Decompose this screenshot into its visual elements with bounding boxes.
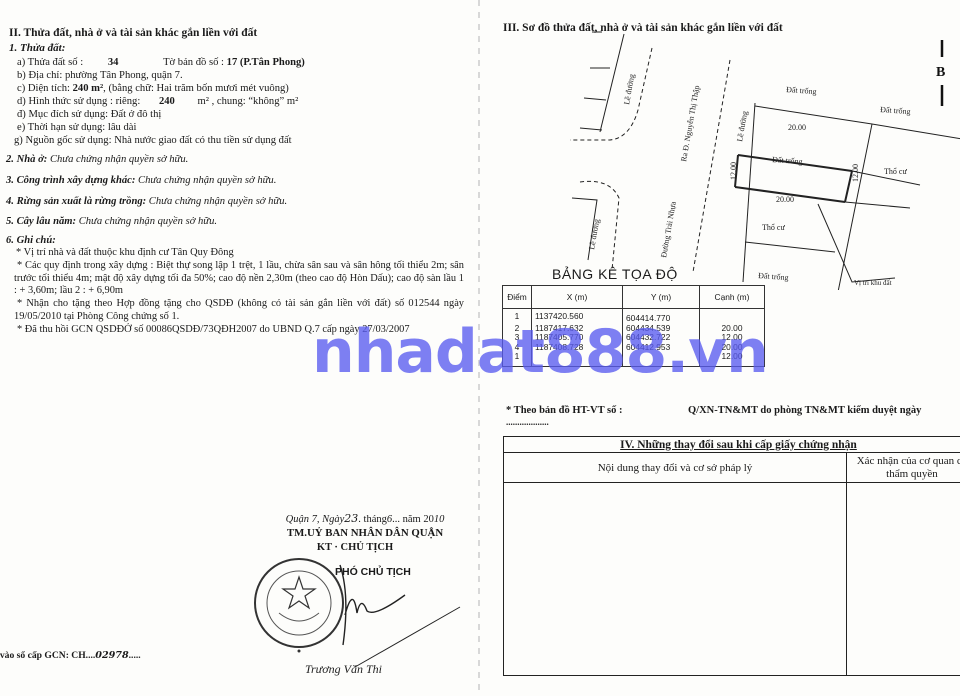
label-residential: Thổ cư	[762, 223, 785, 232]
date-year: 10	[434, 514, 445, 525]
changes-title: IV. Những thay đổi sau khi cấp giấy chứn…	[504, 437, 960, 453]
year-label: ... năm 20	[392, 514, 434, 525]
note-building-rules: * Các quy định trong xây dựng : Biệt thự…	[14, 260, 464, 298]
label-location: Vị trí khu đất	[854, 279, 892, 287]
item-text: Chưa chứng nhận quyền sở hữu.	[76, 216, 217, 227]
map-ref-text: Q/XN-TN&MT do phòng TN&MT kiểm duyệt ngà…	[688, 404, 921, 417]
item-text: Chưa chứng nhận quyền sở hữu.	[135, 175, 276, 186]
item-label: 2. Nhà ở:	[6, 154, 47, 165]
item-perennial: 5. Cây lâu năm: Chưa chứng nhận quyền sở…	[6, 215, 217, 228]
map-ref-dots: ...................	[506, 416, 549, 429]
notes-heading: 6. Ghi chú:	[6, 234, 56, 247]
label-empty-land: Đất trống	[758, 271, 789, 282]
header-x: X (m)	[532, 286, 623, 309]
area-value: 240 m²	[73, 83, 104, 94]
registry-label: Ghi vào sổ cấp GCN: CH....	[0, 650, 95, 661]
label-sidewalk: Lề đường	[587, 218, 601, 250]
changes-content-cell	[504, 483, 847, 676]
item-label: 5. Cây lâu năm:	[6, 216, 76, 227]
registry-number: 02978	[95, 650, 128, 661]
item-forest: 4. Rừng sản xuất là rừng trồng: Chưa chứ…	[6, 195, 287, 208]
land-parcel-line: a) Thửa đất số : 34 Tờ bản đồ số : 17 (P…	[17, 56, 305, 69]
label-empty-land: Đất trống	[786, 85, 817, 96]
watermark: nhadat888.vn	[312, 322, 768, 382]
item-text: Chưa chứng nhận quyền sở hữu.	[47, 154, 188, 165]
changes-col-confirmation: Xác nhận của cơ quan có thẩm quyền	[847, 453, 960, 483]
dimension-right: 12.00	[851, 164, 860, 182]
registry-dots: .....	[129, 650, 141, 661]
item-label: 3. Công trình xây dựng khác:	[6, 175, 135, 186]
label-parcel-empty-land: Đất trống	[772, 155, 803, 166]
item-house: 2. Nhà ở: Chưa chứng nhận quyền sở hữu.	[6, 153, 188, 166]
official-stamp-and-signature: Trương Văn Thi	[245, 555, 475, 685]
coord-header-row: Điểm X (m) Y (m) Cạnh (m)	[503, 286, 765, 309]
item-other-works: 3. Công trình xây dựng khác: Chưa chứng …	[6, 174, 276, 187]
area-line: c) Diện tích: 240 m², (bằng chữ: Hai tră…	[17, 82, 289, 95]
label-sidewalk: Lề đường	[622, 73, 636, 105]
stamp-icon	[255, 559, 343, 653]
label-paved-road: Đường Trải Nhựa	[659, 200, 678, 258]
signing-org: TM.UỶ BAN NHÂN DÂN QUẬN	[245, 527, 485, 539]
changes-table: IV. Những thay đổi sau khi cấp giấy chứn…	[503, 436, 960, 676]
parcel-number: 34	[108, 57, 119, 68]
registry-line: Ghi vào sổ cấp GCN: CH....02978.....	[0, 649, 141, 662]
header-point: Điểm	[503, 286, 532, 309]
origin-line: g) Nguồn gốc sử dụng: Nhà nước giao đất …	[14, 134, 292, 147]
map-sheet-number: 17 (P.Tân Phong)	[227, 57, 305, 68]
changes-confirmation-cell	[847, 483, 960, 676]
signature-icon	[340, 565, 460, 667]
item-label: 4. Rừng sản xuất là rừng trồng:	[6, 196, 146, 207]
dimension-top: 20.00	[788, 123, 806, 132]
dimension-bottom: 20.00	[776, 195, 794, 204]
usage-form-line: d) Hình thức sử dụng : riêng: 240 m² , c…	[17, 95, 298, 108]
label-road-nguyen-thi-thap: Ra Đ. Nguyễn Thị Thập	[679, 85, 701, 163]
changes-col-content: Nội dung thay đổi và cơ sở pháp lý	[504, 453, 847, 483]
purpose-line: đ) Mục đích sử dụng: Đất ở đô thị	[17, 108, 161, 121]
area-label: c) Diện tích:	[17, 83, 70, 94]
coord-table-title: BẢNG KÊ TỌA ĐỘ	[552, 266, 678, 282]
map-sheet-label: Tờ bản đồ số :	[163, 57, 224, 68]
label-empty-land: Đất trống	[880, 105, 911, 116]
note-location: * Vị trí nhà và đất thuộc khu định cư Tâ…	[16, 247, 466, 260]
address-line: b) Địa chỉ: phường Tân Phong, quận 7.	[17, 69, 183, 82]
usage-form-label: d) Hình thức sử dụng : riêng:	[17, 96, 140, 107]
date-prefix: Quận 7, Ngày	[286, 514, 345, 525]
signer-name: Trương Văn Thi	[305, 662, 382, 676]
parcel-label: a) Thửa đất số :	[17, 57, 83, 68]
section-2-title: II. Thửa đất, nhà ở và tài sản khác gắn …	[9, 27, 257, 39]
month-label: . tháng	[358, 514, 387, 525]
area-words: , (bằng chữ: Hai trăm bốn mươi mét vuông…	[103, 83, 289, 94]
shared-area-text: m² , chung: “không” m²	[198, 96, 299, 107]
item-text: Chưa chứng nhận quyền sở hữu.	[146, 196, 287, 207]
header-y: Y (m)	[623, 286, 700, 309]
dimension-left: 12.00	[729, 162, 738, 180]
term-line: e) Thời hạn sử dụng: lâu dài	[17, 121, 136, 134]
land-parcel-diagram: B Lề đường Lề đường Lề đường Ra Đ. Nguyễ…	[490, 30, 960, 290]
label-residential: Thổ cư	[884, 167, 907, 176]
private-area-value: 240	[159, 96, 175, 107]
signature-date: Quận 7, Ngày23. tháng6... năm 2010	[245, 512, 485, 525]
label-sidewalk: Lề đường	[735, 110, 749, 142]
header-edge: Cạnh (m)	[700, 286, 765, 309]
north-label: B	[936, 65, 945, 80]
land-heading: 1. Thửa đất:	[9, 42, 65, 55]
date-day: 23	[344, 512, 358, 525]
signer-title-1: KT · CHỦ TỊCH	[245, 542, 465, 553]
north-arrow-icon: B	[936, 40, 945, 106]
